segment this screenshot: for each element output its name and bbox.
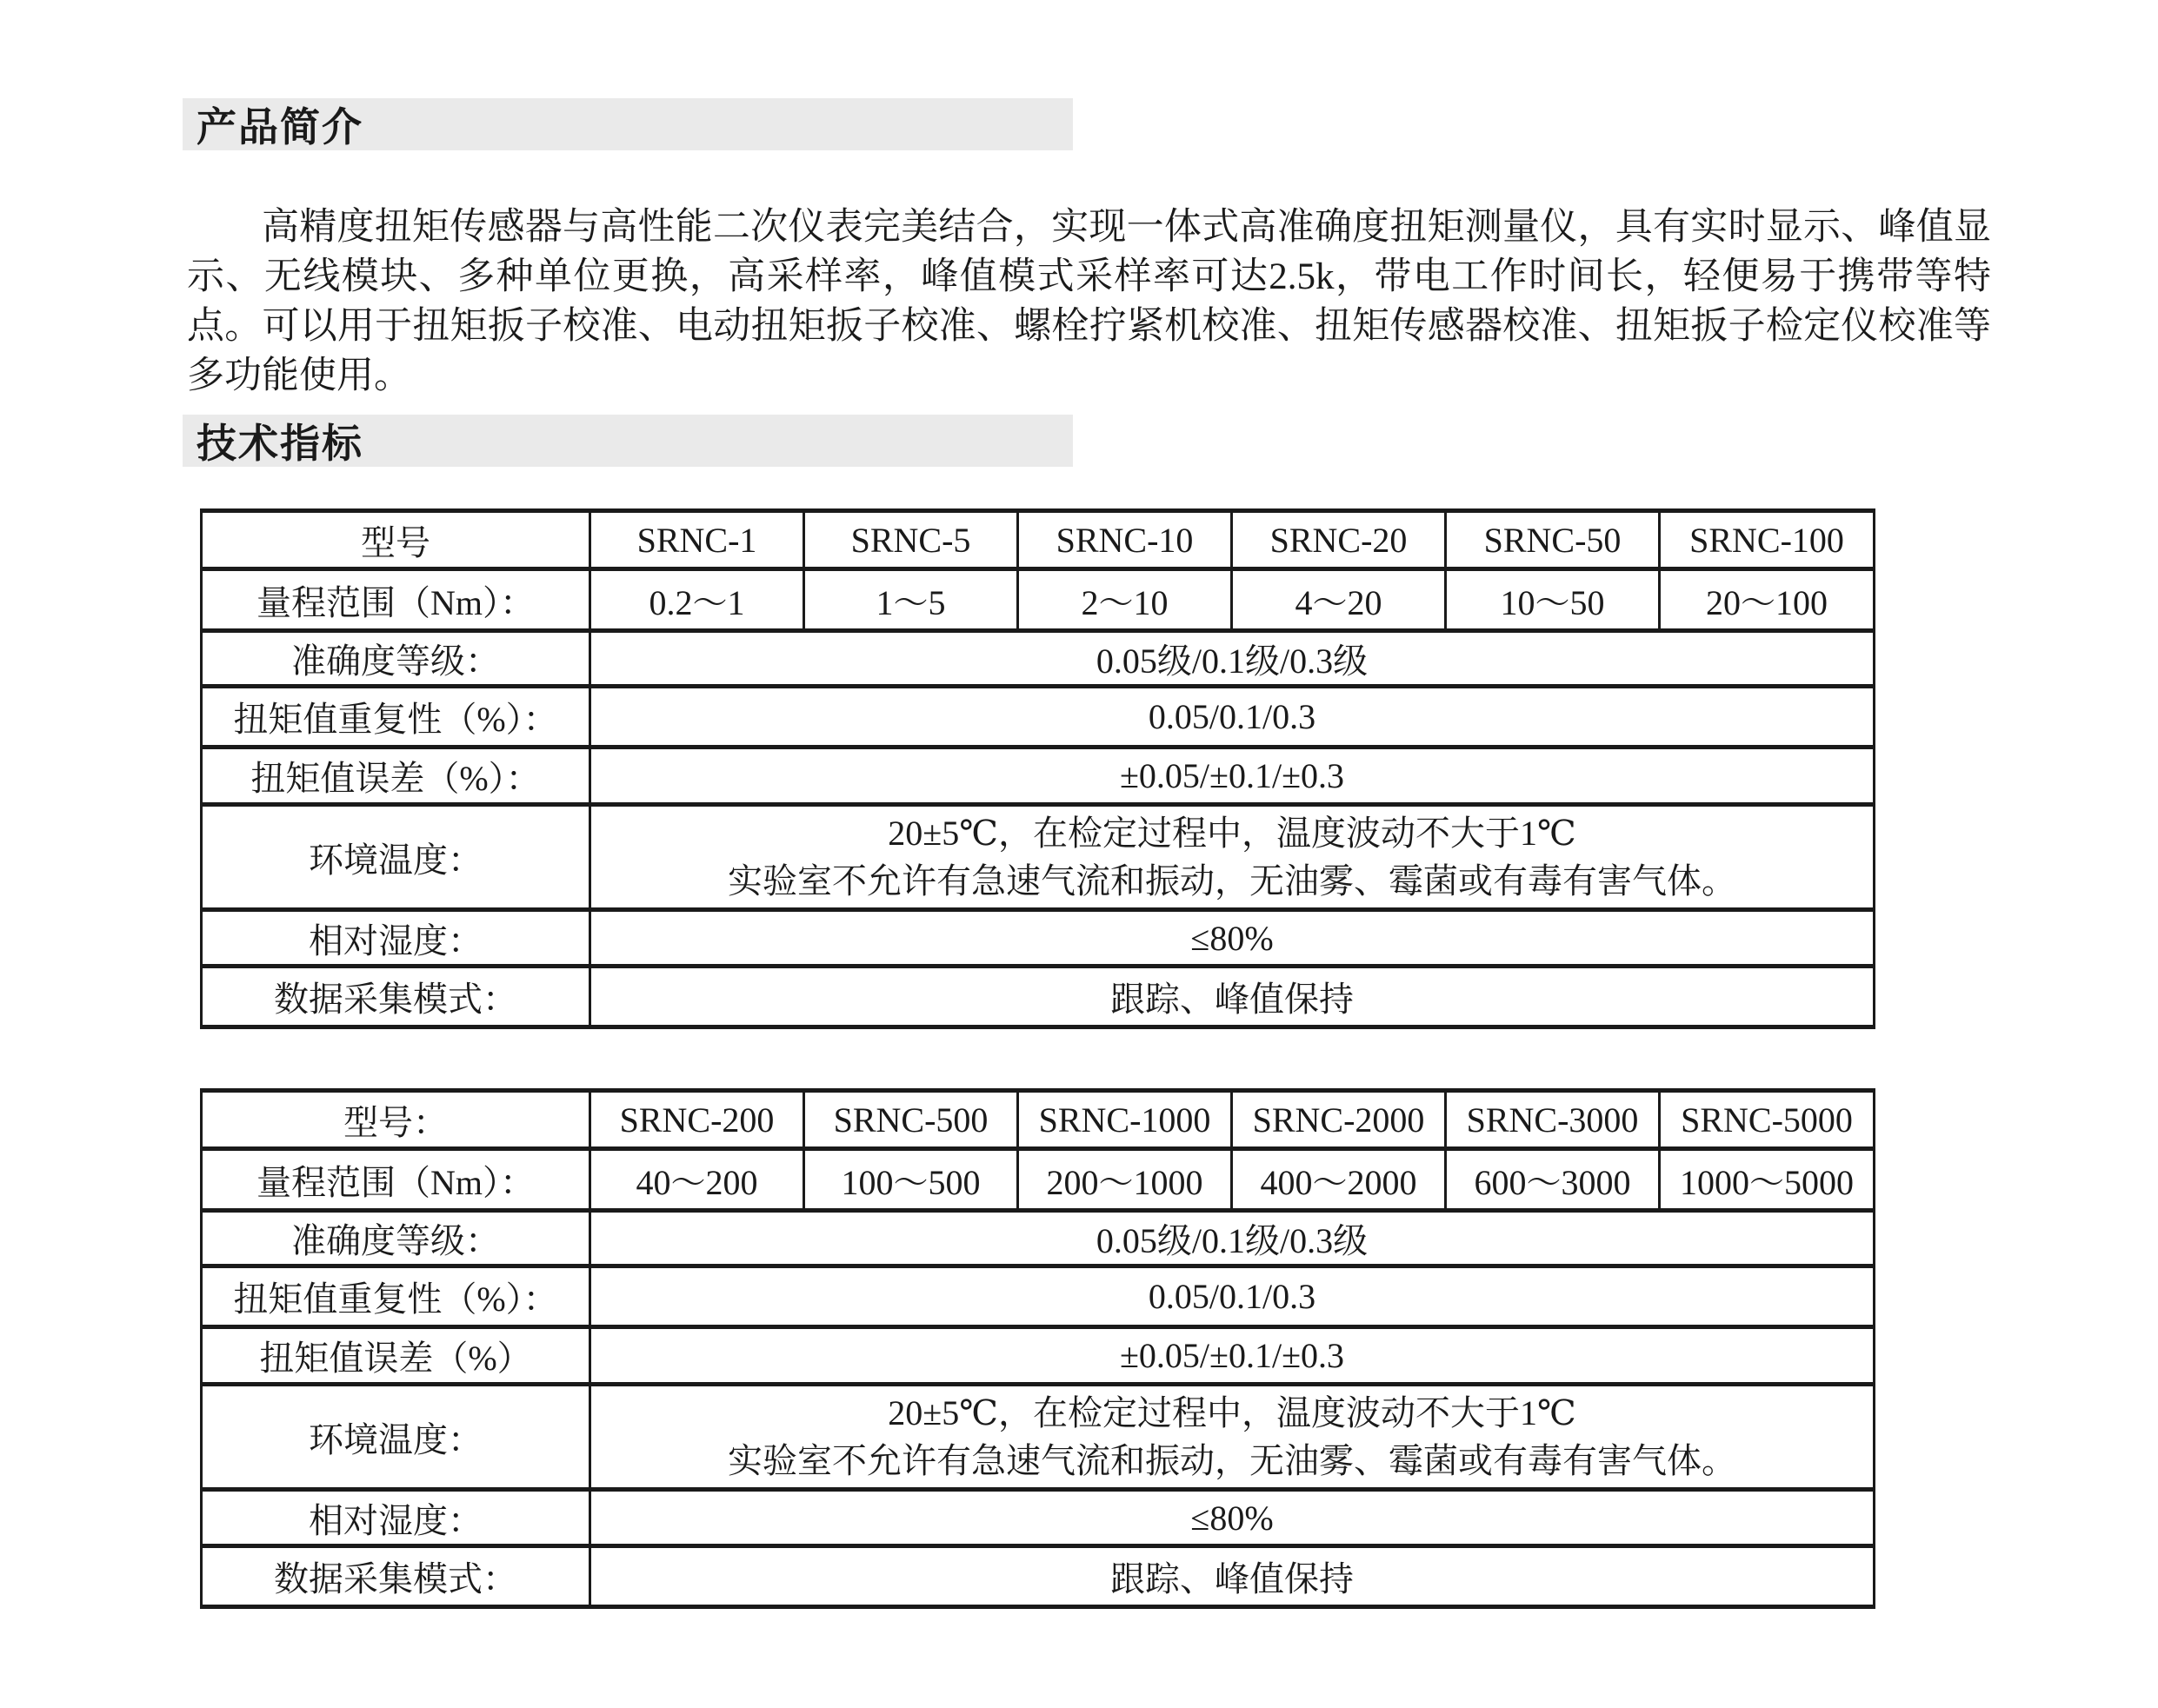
range-cell: 1～5 [804,569,1018,631]
table-row-error: 扭矩值误差（%）： ±0.05/±0.1/±0.3 [202,748,1875,805]
temperature-value-cell: 20±5℃，在检定过程中，温度波动不大于1℃ 实验室不允许有急速气流和振动，无油… [590,1385,1875,1490]
range-cell: 10～50 [1446,569,1660,631]
table-row-repeatability: 扭矩值重复性（%）： 0.05/0.1/0.3 [202,1266,1875,1327]
repeatability-value-cell: 0.05/0.1/0.3 [590,1266,1875,1327]
accuracy-value-cell: 0.05级/0.1级/0.3级 [590,631,1875,687]
range-cell: 40～200 [590,1149,804,1211]
table-row-humidity: 相对湿度： ≤80% [202,910,1875,967]
spec-table-small-range: 型号 SRNC-1 SRNC-5 SRNC-10 SRNC-20 SRNC-50… [200,508,1875,1029]
table-row-temperature: 环境温度： 20±5℃，在检定过程中，温度波动不大于1℃ 实验室不允许有急速气流… [202,1385,1875,1490]
spec-table-large-range: 型号： SRNC-200 SRNC-500 SRNC-1000 SRNC-200… [200,1088,1875,1609]
section-heading-text: 技术指标 [196,412,363,469]
row-label-cell: 数据采集模式： [202,967,590,1027]
model-cell: SRNC-500 [804,1091,1018,1149]
range-cell: 400～2000 [1232,1149,1446,1211]
temperature-value-cell: 20±5℃，在检定过程中，温度波动不大于1℃ 实验室不允许有急速气流和振动，无油… [590,805,1875,910]
row-label-cell: 量程范围（Nm）： [202,569,590,631]
row-label-cell: 环境温度： [202,1385,590,1490]
section-heading-tech-specs: 技术指标 [183,415,1073,467]
row-label-cell: 准确度等级： [202,1211,590,1266]
model-cell: SRNC-2000 [1232,1091,1446,1149]
range-cell: 1000～5000 [1660,1149,1875,1211]
error-value-cell: ±0.05/±0.1/±0.3 [590,1327,1875,1385]
temperature-line-2: 实验室不允许有急速气流和振动，无油雾、霉菌或有毒有害气体。 [596,1437,1868,1485]
table-row-accuracy: 准确度等级： 0.05级/0.1级/0.3级 [202,631,1875,687]
table-row-repeatability: 扭矩值重复性（%）： 0.05/0.1/0.3 [202,687,1875,748]
range-cell: 2～10 [1018,569,1232,631]
humidity-value-cell: ≤80% [590,910,1875,967]
model-cell: SRNC-10 [1018,511,1232,569]
row-label-cell: 相对湿度： [202,1490,590,1546]
accuracy-value-cell: 0.05级/0.1级/0.3级 [590,1211,1875,1266]
product-intro-paragraph: 高精度扭矩传感器与高性能二次仪表完美结合，实现一体式高准确度扭矩测量仪，具有实时… [187,203,1991,401]
row-label-cell: 扭矩值误差（%）： [202,748,590,805]
row-label-cell: 环境温度： [202,805,590,910]
model-cell: SRNC-3000 [1446,1091,1660,1149]
data-mode-value-cell: 跟踪、峰值保持 [590,967,1875,1027]
section-heading-text: 产品简介 [196,96,363,153]
error-value-cell: ±0.05/±0.1/±0.3 [590,748,1875,805]
humidity-value-cell: ≤80% [590,1490,1875,1546]
row-label-cell: 扭矩值误差（%） [202,1327,590,1385]
row-label-cell: 型号 [202,511,590,569]
model-cell: SRNC-100 [1660,511,1875,569]
model-cell: SRNC-20 [1232,511,1446,569]
table-row-error: 扭矩值误差（%） ±0.05/±0.1/±0.3 [202,1327,1875,1385]
row-label-cell: 扭矩值重复性（%）： [202,687,590,748]
table-row-model: 型号： SRNC-200 SRNC-500 SRNC-1000 SRNC-200… [202,1091,1875,1149]
table-row-humidity: 相对湿度： ≤80% [202,1490,1875,1546]
row-label-cell: 相对湿度： [202,910,590,967]
range-cell: 20～100 [1660,569,1875,631]
table-row-model: 型号 SRNC-1 SRNC-5 SRNC-10 SRNC-20 SRNC-50… [202,511,1875,569]
row-label-cell: 量程范围（Nm）： [202,1149,590,1211]
table-row-range: 量程范围（Nm）： 40～200 100～500 200～1000 400～20… [202,1149,1875,1211]
table-row-accuracy: 准确度等级： 0.05级/0.1级/0.3级 [202,1211,1875,1266]
range-cell: 200～1000 [1018,1149,1232,1211]
table-row-data-mode: 数据采集模式： 跟踪、峰值保持 [202,967,1875,1027]
table-row-range: 量程范围（Nm）： 0.2～1 1～5 2～10 4～20 10～50 20～1… [202,569,1875,631]
range-cell: 0.2～1 [590,569,804,631]
temperature-line-1: 20±5℃，在检定过程中，温度波动不大于1℃ [596,1389,1868,1437]
table-row-data-mode: 数据采集模式： 跟踪、峰值保持 [202,1546,1875,1607]
model-cell: SRNC-5000 [1660,1091,1875,1149]
table-row-temperature: 环境温度： 20±5℃，在检定过程中，温度波动不大于1℃ 实验室不允许有急速气流… [202,805,1875,910]
repeatability-value-cell: 0.05/0.1/0.3 [590,687,1875,748]
model-cell: SRNC-1000 [1018,1091,1232,1149]
row-label-cell: 扭矩值重复性（%）： [202,1266,590,1327]
temperature-line-1: 20±5℃，在检定过程中，温度波动不大于1℃ [596,809,1868,857]
model-cell: SRNC-5 [804,511,1018,569]
range-cell: 600～3000 [1446,1149,1660,1211]
data-mode-value-cell: 跟踪、峰值保持 [590,1546,1875,1607]
row-label-cell: 数据采集模式： [202,1546,590,1607]
row-label-cell: 型号： [202,1091,590,1149]
document-page: { "colors": { "page_bg": "#ffffff", "hea… [0,0,2158,1708]
section-heading-product-intro: 产品简介 [183,98,1073,150]
model-cell: SRNC-200 [590,1091,804,1149]
range-cell: 100～500 [804,1149,1018,1211]
model-cell: SRNC-50 [1446,511,1660,569]
range-cell: 4～20 [1232,569,1446,631]
row-label-cell: 准确度等级： [202,631,590,687]
temperature-line-2: 实验室不允许有急速气流和振动，无油雾、霉菌或有毒有害气体。 [596,857,1868,905]
model-cell: SRNC-1 [590,511,804,569]
